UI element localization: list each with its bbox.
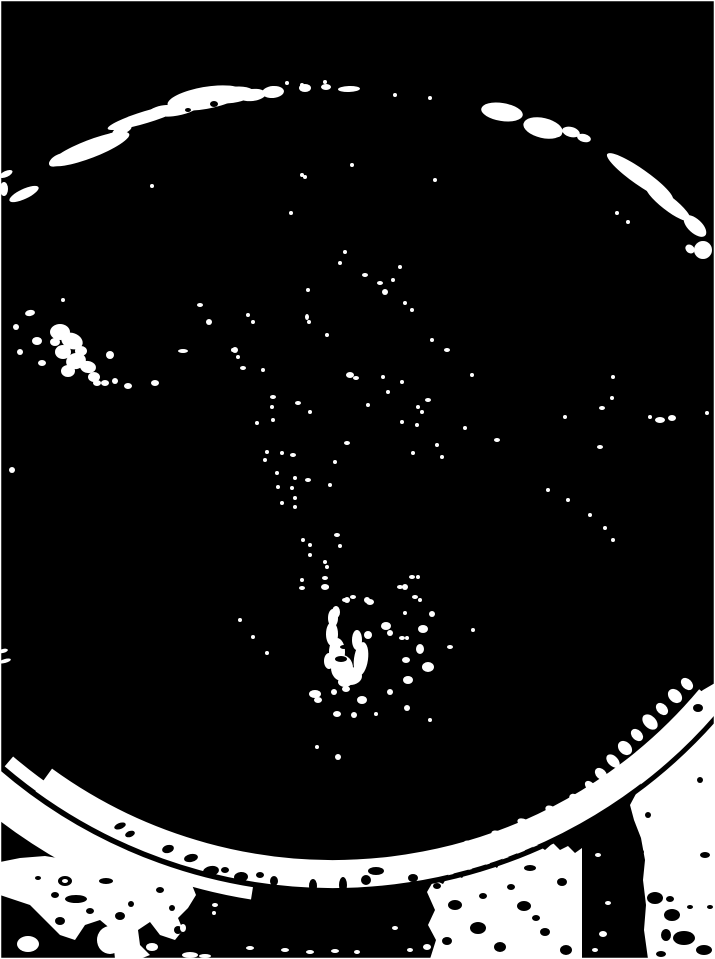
speckle bbox=[333, 460, 337, 464]
speckle bbox=[301, 538, 305, 542]
speckle bbox=[440, 455, 444, 459]
speckle bbox=[307, 320, 311, 324]
speckle bbox=[323, 80, 327, 84]
center-satellite-blob bbox=[374, 712, 378, 716]
left-cluster-blob bbox=[206, 319, 212, 325]
speckle bbox=[346, 372, 354, 378]
speckle bbox=[246, 313, 250, 317]
rim-band-hole bbox=[494, 942, 506, 952]
speckle bbox=[236, 355, 240, 359]
speckle bbox=[603, 526, 607, 530]
rim-band-hole bbox=[517, 901, 531, 911]
rim-area-speck bbox=[581, 810, 585, 814]
left-cluster-blob bbox=[178, 349, 188, 353]
speckle bbox=[400, 380, 404, 384]
left-cluster-blob bbox=[13, 324, 19, 330]
center-satellite-blob bbox=[265, 651, 269, 655]
speckle bbox=[303, 175, 307, 179]
rim-area-speck bbox=[607, 793, 613, 797]
center-blob bbox=[332, 606, 340, 618]
speckle bbox=[306, 288, 310, 292]
center-blob-notch bbox=[335, 656, 347, 662]
speckle bbox=[433, 178, 437, 182]
rim-area-speck bbox=[212, 911, 216, 915]
rim-area-speck bbox=[331, 949, 339, 953]
speckle bbox=[615, 211, 619, 215]
speckle bbox=[322, 576, 328, 580]
center-satellite-blob bbox=[387, 630, 393, 636]
threshold-image-svg bbox=[0, 0, 715, 959]
rim-highlight-patch bbox=[694, 241, 712, 259]
center-blob-notch bbox=[340, 645, 348, 649]
rim-area-speck bbox=[62, 879, 68, 883]
speckle bbox=[308, 553, 312, 557]
left-cluster-blob bbox=[75, 346, 87, 356]
rim-band-hole bbox=[557, 878, 567, 886]
speckle bbox=[611, 375, 615, 379]
center-satellite-blob bbox=[403, 676, 413, 684]
speckle bbox=[300, 83, 304, 87]
rim-highlight-nick bbox=[210, 101, 218, 107]
speckle bbox=[705, 411, 709, 415]
rim-band-hole bbox=[433, 883, 441, 889]
speckle bbox=[305, 314, 309, 320]
speckle bbox=[350, 595, 356, 599]
speckle bbox=[325, 333, 329, 337]
rim-band-hole bbox=[696, 945, 712, 955]
rim-area-speck bbox=[407, 948, 413, 952]
rim-band-hole bbox=[35, 876, 41, 880]
rim-band-hole bbox=[55, 917, 65, 925]
center-satellite-blob bbox=[404, 705, 410, 711]
rim-band-hole bbox=[169, 905, 175, 911]
speckle bbox=[420, 410, 424, 414]
left-cluster-blob bbox=[151, 380, 159, 386]
speckle bbox=[405, 636, 409, 640]
left-cluster-blob bbox=[61, 298, 65, 302]
speckle bbox=[323, 560, 327, 564]
speckle bbox=[343, 250, 347, 254]
speckle bbox=[415, 423, 419, 427]
speckle bbox=[588, 513, 592, 517]
center-satellite-blob bbox=[381, 622, 391, 630]
rim-area-speck bbox=[199, 954, 211, 958]
speckle bbox=[263, 458, 267, 462]
speckle bbox=[403, 301, 407, 305]
center-satellite-blob bbox=[387, 689, 393, 695]
rim-band-hole bbox=[700, 852, 710, 858]
speckle bbox=[300, 578, 304, 582]
rim-area-speck bbox=[306, 950, 314, 954]
rim-band-hole bbox=[636, 849, 644, 855]
center-satellite-blob bbox=[335, 754, 341, 760]
speckle bbox=[382, 289, 388, 295]
rim-highlight-nick bbox=[185, 108, 191, 112]
speckle bbox=[416, 575, 420, 579]
rim-area-speck bbox=[97, 926, 123, 954]
speckle bbox=[444, 348, 450, 352]
center-satellite-blob bbox=[422, 662, 434, 672]
rim-band-hole bbox=[661, 929, 671, 941]
left-cluster-blob bbox=[124, 383, 132, 389]
speckle bbox=[308, 410, 312, 414]
center-satellite-blob bbox=[429, 611, 435, 617]
speckle bbox=[325, 565, 329, 569]
rim-band-hole bbox=[408, 874, 418, 882]
speckle bbox=[668, 415, 676, 421]
rim-band-hole bbox=[664, 909, 680, 921]
speckle bbox=[655, 417, 665, 423]
center-satellite-blob bbox=[428, 718, 432, 722]
rim-band-hole bbox=[442, 937, 452, 945]
speckle bbox=[428, 96, 432, 100]
rim-band-hole bbox=[470, 922, 486, 934]
rim-band-hole bbox=[656, 951, 666, 957]
rim-band-hole bbox=[645, 812, 651, 818]
center-satellite-blob bbox=[344, 597, 350, 603]
rim-band-hole bbox=[693, 704, 703, 712]
rim-band-hole bbox=[540, 928, 550, 936]
rim-band-hole bbox=[128, 901, 134, 907]
speckle bbox=[566, 498, 570, 502]
speckle bbox=[255, 421, 259, 425]
speckle bbox=[338, 544, 342, 548]
rim-area-speck bbox=[146, 943, 158, 951]
left-cluster-blob bbox=[38, 360, 46, 366]
center-satellite-blob bbox=[351, 712, 357, 718]
rim-area-speck bbox=[392, 926, 398, 930]
center-satellite-blob bbox=[471, 628, 475, 632]
speckle bbox=[648, 415, 652, 419]
speckle bbox=[350, 163, 354, 167]
center-blob bbox=[324, 653, 334, 669]
rim-band-hole bbox=[524, 865, 536, 871]
left-cluster-blob bbox=[9, 467, 15, 473]
rim-band-hole bbox=[99, 878, 113, 884]
rim-band-hole bbox=[687, 905, 693, 909]
speckle bbox=[334, 533, 340, 537]
binarized-photo bbox=[0, 0, 715, 959]
speckle bbox=[435, 443, 439, 447]
rim-area-speck bbox=[592, 948, 598, 952]
speckle bbox=[597, 445, 603, 449]
left-cluster-blob bbox=[101, 380, 109, 386]
speckle bbox=[276, 485, 280, 489]
speckle bbox=[251, 320, 255, 324]
left-cluster-blob bbox=[197, 303, 203, 307]
left-cluster-blob bbox=[93, 380, 101, 386]
speckle bbox=[425, 398, 431, 402]
speckle bbox=[470, 373, 474, 377]
center-satellite-blob bbox=[364, 631, 372, 639]
center-satellite-blob bbox=[399, 636, 405, 640]
center-satellite-blob bbox=[315, 745, 319, 749]
speckle bbox=[280, 501, 284, 505]
rim-area-speck bbox=[281, 948, 289, 952]
rim-area-speck bbox=[354, 950, 360, 954]
speckle bbox=[546, 488, 550, 492]
speckle bbox=[366, 403, 370, 407]
speckle bbox=[293, 476, 297, 480]
speckle bbox=[328, 483, 332, 487]
rim-area-speck bbox=[17, 936, 39, 952]
speckle bbox=[265, 450, 269, 454]
center-satellite-blob bbox=[357, 696, 367, 704]
rim-band-hole bbox=[221, 867, 229, 873]
center-satellite-blob bbox=[299, 586, 305, 590]
speckle bbox=[416, 405, 420, 409]
rim-area-speck bbox=[180, 924, 186, 932]
center-blob bbox=[338, 677, 352, 687]
speckle bbox=[290, 486, 294, 490]
left-cluster-blob bbox=[50, 338, 60, 346]
speckle bbox=[231, 348, 235, 352]
left-cluster-blob bbox=[17, 349, 23, 355]
speckle bbox=[150, 184, 154, 188]
speckle bbox=[289, 211, 293, 215]
speckle bbox=[563, 415, 567, 419]
speckle bbox=[338, 261, 342, 265]
speckle bbox=[305, 478, 311, 482]
center-satellite-blob bbox=[416, 644, 424, 654]
speckle bbox=[463, 426, 467, 430]
center-satellite-blob bbox=[402, 584, 408, 590]
speckle bbox=[398, 265, 402, 269]
rim-band-hole bbox=[532, 915, 540, 921]
speckle bbox=[290, 453, 296, 457]
rim-band-hole bbox=[65, 895, 87, 903]
speckle bbox=[293, 505, 297, 509]
left-cluster-blob bbox=[106, 351, 114, 359]
center-satellite-blob bbox=[333, 711, 341, 717]
center-satellite-blob bbox=[238, 618, 242, 622]
speckle bbox=[270, 405, 274, 409]
speckle bbox=[410, 308, 414, 312]
rim-area-speck bbox=[423, 944, 431, 950]
rim-band-hole bbox=[156, 887, 164, 893]
center-satellite-blob bbox=[251, 635, 255, 639]
center-satellite-blob bbox=[402, 657, 410, 663]
speckle bbox=[381, 375, 385, 379]
rim-band-hole bbox=[666, 896, 674, 902]
rim-band-hole bbox=[448, 900, 462, 910]
center-blob bbox=[352, 630, 362, 650]
rim-band-hole bbox=[270, 876, 278, 886]
speckle bbox=[599, 406, 605, 410]
center-satellite-blob bbox=[366, 599, 374, 605]
speckle bbox=[403, 611, 407, 615]
center-satellite-blob bbox=[314, 697, 322, 703]
rim-highlight-patch bbox=[321, 84, 331, 90]
center-satellite-blob bbox=[342, 686, 350, 692]
speckle bbox=[271, 418, 275, 422]
rim-band-hole bbox=[673, 931, 695, 945]
rim-area-speck bbox=[181, 899, 189, 905]
rim-band-hole bbox=[256, 872, 264, 878]
speckle bbox=[261, 368, 265, 372]
speckle bbox=[280, 451, 284, 455]
speckle bbox=[362, 273, 368, 277]
speckle bbox=[418, 598, 422, 602]
rim-band-hole bbox=[479, 893, 487, 899]
rim-area-speck bbox=[595, 853, 601, 857]
rim-band-hole bbox=[707, 905, 713, 909]
speckle bbox=[293, 496, 297, 500]
left-cluster-blob bbox=[112, 378, 118, 384]
rim-band-hole bbox=[368, 867, 384, 875]
speckle bbox=[430, 338, 434, 342]
speckle bbox=[295, 401, 301, 405]
speckle bbox=[344, 441, 350, 445]
rim-band-hole bbox=[507, 884, 515, 890]
center-satellite-blob bbox=[447, 645, 453, 649]
rim-band-hole bbox=[560, 945, 572, 955]
rim-area-speck bbox=[182, 952, 198, 958]
rim-area-speck bbox=[599, 931, 607, 937]
speckle bbox=[353, 376, 359, 380]
rim-band-hole bbox=[51, 892, 59, 898]
speckle bbox=[285, 81, 289, 85]
speckle bbox=[275, 471, 279, 475]
speckle bbox=[494, 438, 500, 442]
speckle bbox=[270, 395, 276, 399]
speckle bbox=[626, 220, 630, 224]
speckle bbox=[611, 538, 615, 542]
left-cluster-blob bbox=[61, 365, 75, 377]
speckle bbox=[240, 366, 246, 370]
rim-band-hole bbox=[86, 908, 94, 914]
center-satellite-blob bbox=[331, 689, 337, 695]
center-satellite-blob bbox=[321, 584, 329, 590]
speckle bbox=[386, 390, 390, 394]
speckle bbox=[610, 396, 614, 400]
center-satellite-blob bbox=[309, 690, 321, 698]
speckle bbox=[308, 543, 312, 547]
rim-band-hole bbox=[115, 912, 125, 920]
rim-area-speck bbox=[605, 901, 611, 905]
rim-band-hole bbox=[697, 777, 703, 783]
speckle bbox=[391, 278, 395, 282]
rim-area-speck bbox=[246, 946, 254, 950]
speckle bbox=[412, 595, 418, 599]
left-cluster-blob bbox=[32, 337, 42, 345]
speckle bbox=[377, 281, 383, 285]
rim-band-hole bbox=[647, 892, 663, 904]
speckle bbox=[409, 575, 415, 579]
rim-area-speck bbox=[212, 903, 218, 907]
speckle bbox=[411, 451, 415, 455]
speckle bbox=[393, 93, 397, 97]
center-satellite-blob bbox=[418, 625, 428, 633]
rim-band-hole bbox=[361, 875, 371, 885]
speckle bbox=[400, 420, 404, 424]
